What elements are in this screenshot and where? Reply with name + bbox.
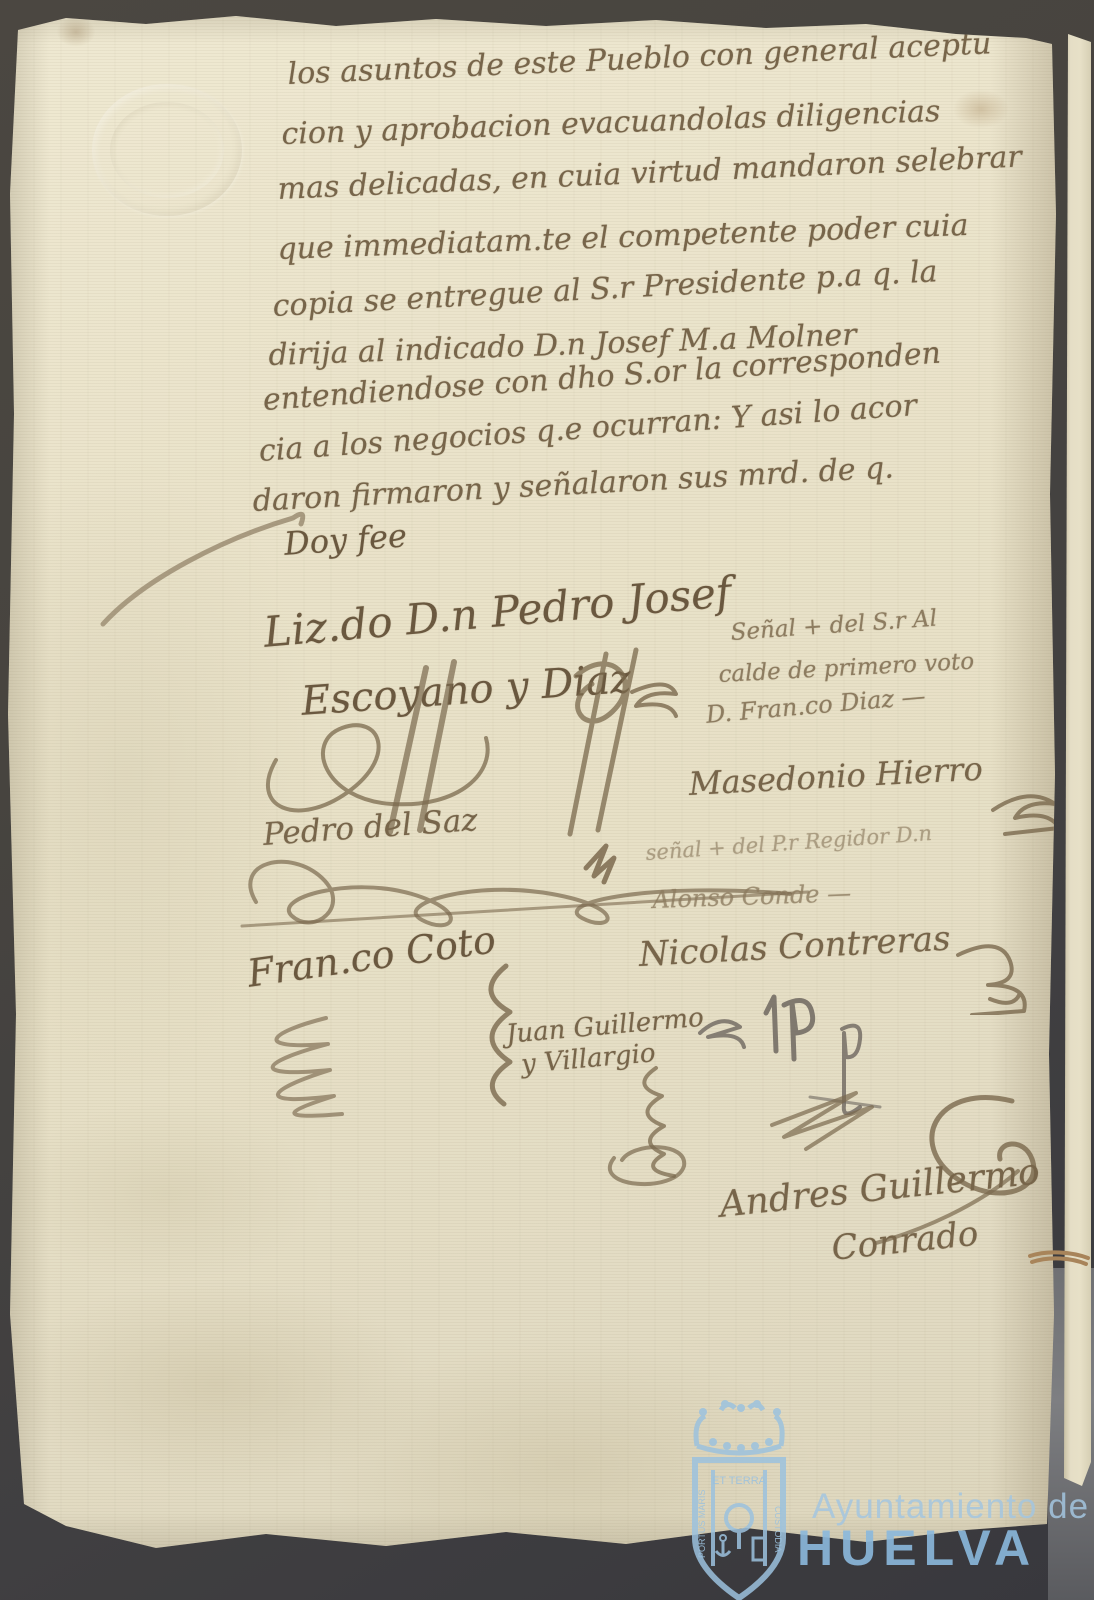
senal-alcalde-note: Señal + del S.r Al <box>730 608 938 645</box>
rubric-flourish <box>590 1060 700 1190</box>
text-line: copia se entregue al S.r Presidente p.a … <box>272 257 938 322</box>
signature-francisco-coto: Fran.co Coto <box>245 920 498 992</box>
senal-regidor-note: Alonso Conde — <box>652 881 851 912</box>
rubric-flourish <box>940 925 1030 1015</box>
text-line: los asuntos de este Pueblo con general a… <box>287 29 992 90</box>
embossed-seal <box>92 84 242 216</box>
rubric-flourish <box>985 780 1065 840</box>
closing-doy-fee: Doy fee <box>283 519 408 559</box>
rubric-flourish <box>230 1010 360 1130</box>
text-line: cion y aprobacion evacuandolas diligenci… <box>281 97 941 150</box>
manuscript-scan: los asuntos de este Pueblo con general a… <box>0 0 1094 1600</box>
pencil-mark <box>690 985 900 1115</box>
signature-licenciado: Liz.do D.n Pedro Josef <box>262 571 733 654</box>
signature-andres-conrado: Conrado <box>830 1217 980 1266</box>
signature-juan-villargio: Juan Guillermo <box>505 1005 705 1048</box>
senal-regidor-note: señal + del P.r Regidor D.n <box>645 823 933 864</box>
senal-alcalde-note: calde de primero voto <box>718 651 975 687</box>
senal-alcalde-note: D. Fran.co Diaz — <box>705 684 926 727</box>
signature-masedonio-hierro: Masedonio Hierro <box>688 753 983 800</box>
signature-nicolas-contreras: Nicolas Contreras <box>638 922 951 972</box>
signature-licenciado: Escoyano y Diaz <box>300 659 632 722</box>
text-line: mas delicadas, en cuia virtud mandaron s… <box>277 143 1022 205</box>
signature-pedro-del-saz: Pedro del Saz <box>262 805 479 851</box>
signature-andres-conrado: Andres Guillermo <box>718 1154 1041 1223</box>
binding-thread <box>1028 1238 1092 1278</box>
manuscript-page: los asuntos de este Pueblo con general a… <box>6 14 1060 1554</box>
text-line: daron firmaron y señalaron sus mrd. de q… <box>252 453 895 517</box>
